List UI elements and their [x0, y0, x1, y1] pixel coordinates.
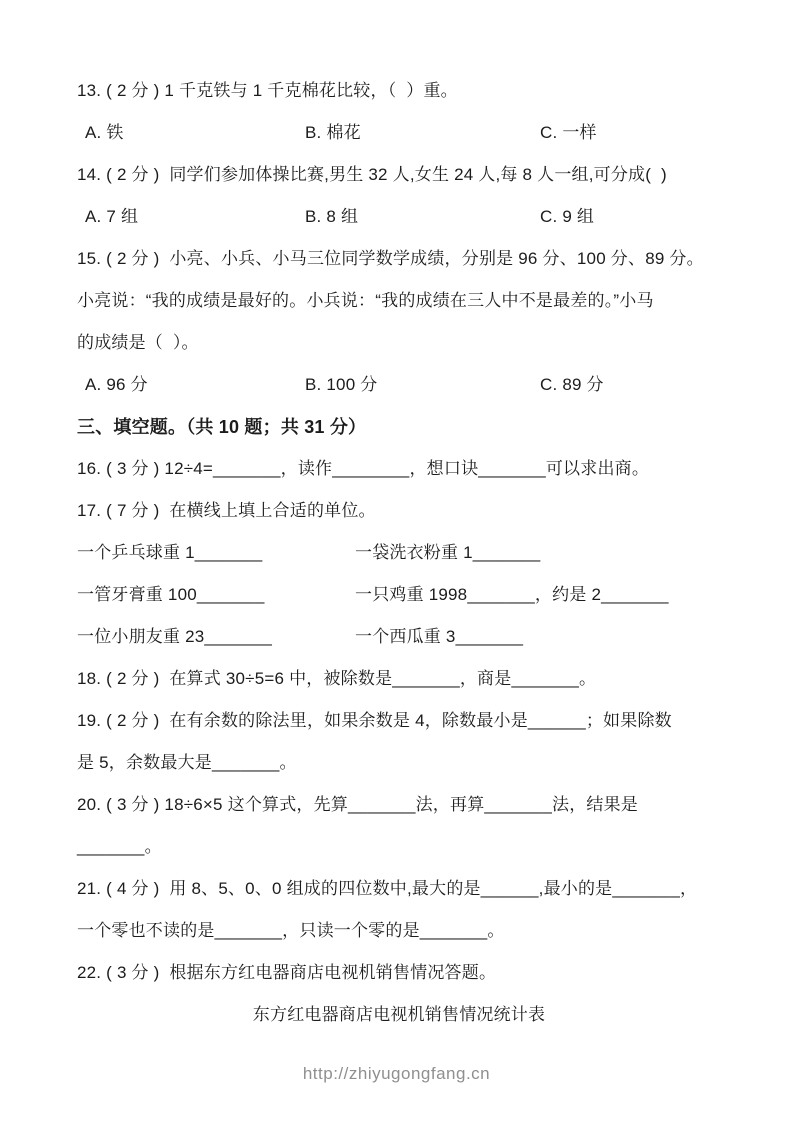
q17-row2: 一管牙膏重 100_______ 一只鸡重 1998_______，约是 2__…	[77, 574, 721, 616]
q18-stem: 18. ( 2 分 ) 在算式 30÷5=6 中，被除数是_______，商是_…	[77, 658, 721, 700]
q17-row3-left: 一位小朋友重 23_______	[77, 616, 355, 658]
q19-line1: 19. ( 2 分 ) 在有余数的除法里，如果余数是 4，除数最小是______…	[77, 700, 721, 742]
q15-option-a: A. 96 分	[85, 364, 305, 406]
q15-stem-line3: 的成绩是（ ）。	[77, 322, 721, 364]
q15-option-c: C. 89 分	[540, 364, 721, 406]
q17-stem: 17. ( 7 分 ) 在横线上填上合适的单位。	[77, 490, 721, 532]
table-caption: 东方红电器商店电视机销售情况统计表	[77, 994, 721, 1036]
q20-line2: _______。	[77, 826, 721, 868]
q14-options: A. 7 组 B. 8 组 C. 9 组	[77, 196, 721, 238]
q13-options: A. 铁 B. 棉花 C. 一样	[77, 112, 721, 154]
section3-header: 三、填空题。（共 10 题；共 31 分）	[77, 406, 721, 448]
q14-option-c: C. 9 组	[540, 196, 721, 238]
q15-stem-line1: 15. ( 2 分 ) 小亮、小兵、小马三位同学数学成绩，分别是 96 分、10…	[77, 238, 721, 280]
q17-row1: 一个乒乓球重 1_______ 一袋洗衣粉重 1_______	[77, 532, 721, 574]
exam-page: 13. ( 2 分 ) 1 千克铁与 1 千克棉花比较，（ ）重。 A. 铁 B…	[0, 0, 793, 1122]
q17-row2-left: 一管牙膏重 100_______	[77, 574, 355, 616]
q14-option-a: A. 7 组	[85, 196, 305, 238]
q17-row3-right: 一个西瓜重 3_______	[355, 616, 721, 658]
footer-watermark-url: http://zhiyugongfang.cn	[0, 1064, 793, 1084]
q20-line1: 20. ( 3 分 ) 18÷6×5 这个算式，先算_______法，再算___…	[77, 784, 721, 826]
q17-row1-right: 一袋洗衣粉重 1_______	[355, 532, 721, 574]
q14-option-b: B. 8 组	[305, 196, 540, 238]
q21-line1: 21. ( 4 分 ) 用 8、5、0、0 组成的四位数中,最大的是______…	[77, 868, 721, 910]
exam-content: 13. ( 2 分 ) 1 千克铁与 1 千克棉花比较，（ ）重。 A. 铁 B…	[0, 0, 793, 1036]
q13-option-b: B. 棉花	[305, 112, 540, 154]
q15-options: A. 96 分 B. 100 分 C. 89 分	[77, 364, 721, 406]
q22-stem: 22. ( 3 分 ) 根据东方红电器商店电视机销售情况答题。	[77, 952, 721, 994]
q15-stem-line2: 小亮说：“我的成绩是最好的。小兵说：“我的成绩在三人中不是最差的。”小马	[77, 280, 721, 322]
q13-option-c: C. 一样	[540, 112, 721, 154]
q16-stem: 16. ( 3 分 ) 12÷4=_______，读作________，想口诀_…	[77, 448, 721, 490]
q13-option-a: A. 铁	[85, 112, 305, 154]
q17-row1-left: 一个乒乓球重 1_______	[77, 532, 355, 574]
q19-line2: 是 5，余数最大是_______。	[77, 742, 721, 784]
q15-option-b: B. 100 分	[305, 364, 540, 406]
q13-stem: 13. ( 2 分 ) 1 千克铁与 1 千克棉花比较，（ ）重。	[77, 70, 721, 112]
q21-line2: 一个零也不读的是_______，只读一个零的是_______。	[77, 910, 721, 952]
q17-row2-right: 一只鸡重 1998_______，约是 2_______	[355, 574, 721, 616]
q14-stem: 14. ( 2 分 ) 同学们参加体操比赛,男生 32 人,女生 24 人,每 …	[77, 154, 721, 196]
q17-row3: 一位小朋友重 23_______ 一个西瓜重 3_______	[77, 616, 721, 658]
